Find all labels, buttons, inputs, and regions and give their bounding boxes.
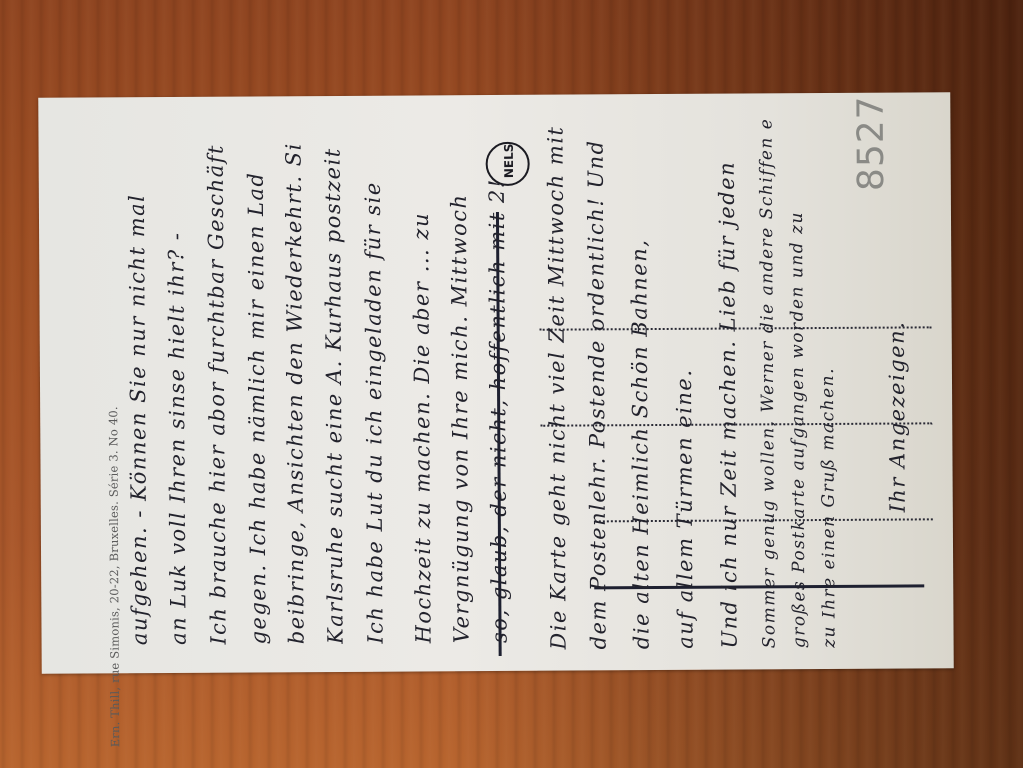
message-line-9: Vergnügung von Ihre mich. Mittwoch	[447, 143, 478, 643]
closing-line: Ihr Angezeigen.	[884, 182, 914, 512]
postcard: Ern. Thill, rue Simonis, 20-22, Bruxelle…	[38, 92, 954, 674]
message-line-1: aufgehen. - Können Sie nur nicht mal	[125, 145, 156, 645]
address-side-line-6: Sommer genug wollen, Werner die andere S…	[756, 118, 787, 648]
address-side-line-5: Und ich nur Zeit machen. Lieb für jeden	[714, 118, 745, 648]
address-side-line-8: zu Ihre einen Gruß machen.	[816, 118, 847, 648]
message-line-6: Karlsruhe sucht eine A. Kurhaus postzeit…	[321, 144, 352, 644]
address-side-line-2: dem Postenlehr. Postende ordentlich! Und	[583, 119, 614, 649]
message-line-8: Hochzeit zu machen. Die aber ... zu	[409, 143, 440, 643]
address-side-line-4: auf allem Türmen eine.	[671, 189, 702, 649]
address-side-line-7: großes Postkarte aufgangen worden und zu	[786, 118, 817, 648]
message-line-4: gegen. Ich habe nämlich mir einen Lad	[244, 144, 275, 644]
pencil-archive-number: 8527	[851, 95, 893, 191]
address-side-line-1: Die Karte geht nicht viel Zeit Mittwoch …	[543, 120, 574, 650]
printer-imprint: Ern. Thill, rue Simonis, 20-22, Bruxelle…	[106, 327, 123, 747]
address-side-line-3: die alten Heimlich Schön Bahnen,	[627, 149, 658, 649]
message-line-3: Ich brauche hier abor furchtbar Geschäft	[204, 145, 235, 645]
message-line-5: beibringe, Ansichten den Wiederkehrt. Si…	[282, 144, 313, 644]
message-line-2: an Luk voll Ihren sinse hielt ihr? -	[164, 145, 195, 645]
message-line-10: so, glaub, der nicht, hoffentlich mit 2!	[485, 143, 516, 643]
message-line-7: Ich habe Lut du ich eingeladen für sie	[361, 144, 392, 644]
